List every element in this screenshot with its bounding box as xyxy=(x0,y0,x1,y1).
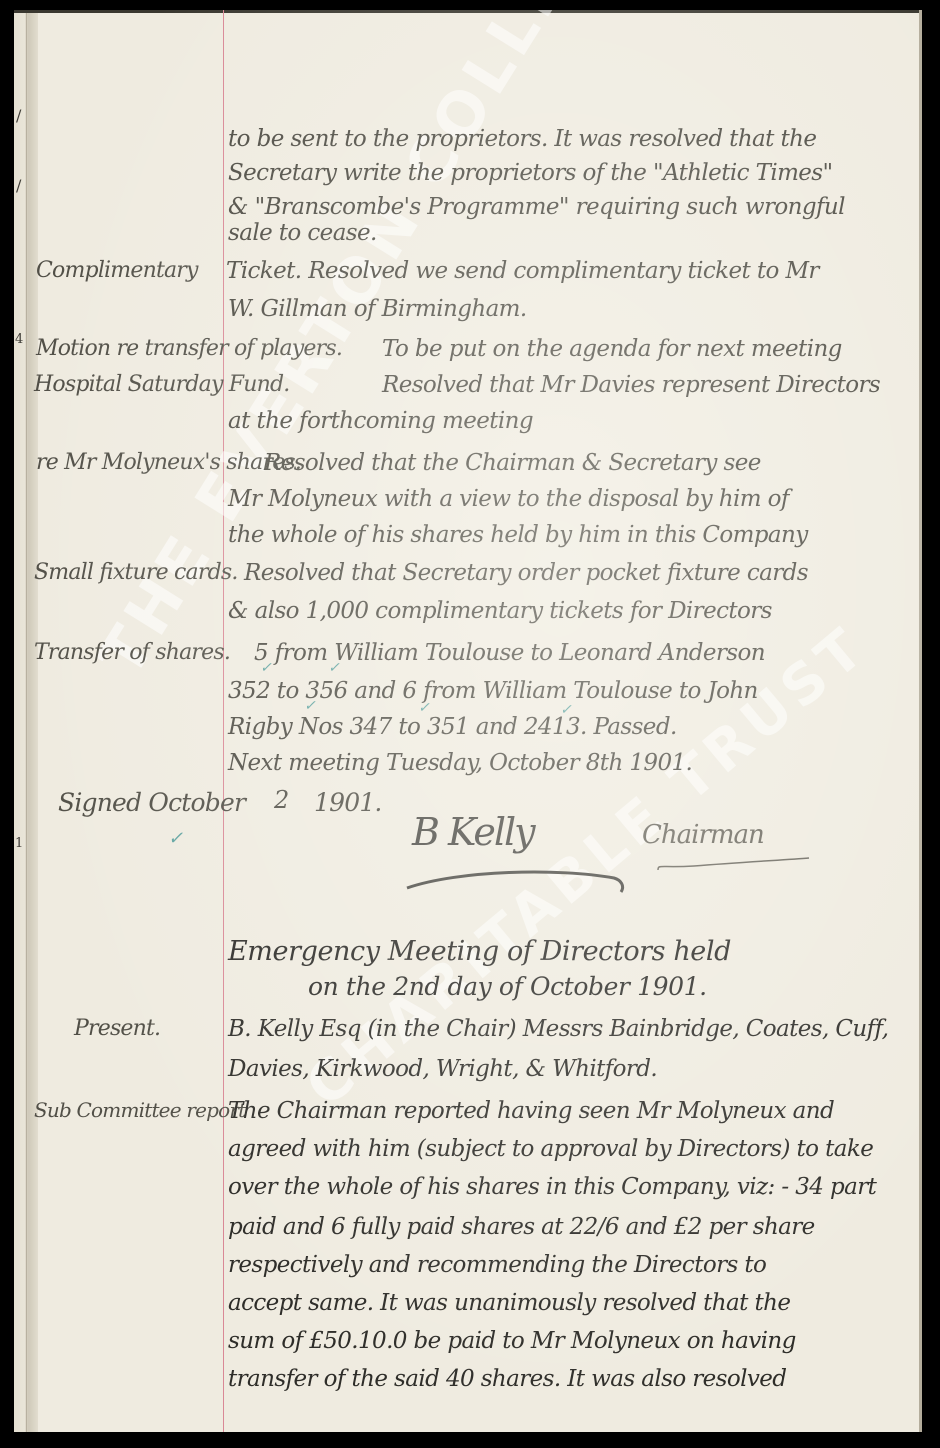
text-line: Resolved that Mr Davies represent Direct… xyxy=(382,372,880,398)
margin-label: Complimentary xyxy=(36,258,198,283)
text-line: Secretary write the proprietors of the "… xyxy=(228,160,833,186)
page-top-edge xyxy=(14,10,922,13)
check-mark-icon: ✓ xyxy=(418,700,430,716)
text-line: To be put on the agenda for next meeting xyxy=(382,336,842,362)
title-underline xyxy=(654,854,814,874)
text-line: Resolved that Secretary order pocket fix… xyxy=(244,560,808,586)
margin-label: Hospital Saturday Fund. xyxy=(34,372,289,397)
text-line: Rigby Nos 347 to 351 and 2413. Passed. xyxy=(228,714,677,740)
text-line: W. Gillman of Birmingham. xyxy=(228,296,527,322)
signed-day: 2 xyxy=(274,786,288,814)
text-line: the whole of his shares held by him in t… xyxy=(228,522,808,548)
text-line: at the forthcoming meeting xyxy=(228,408,533,434)
gutter-mark: 1 xyxy=(15,836,23,851)
text-line: & also 1,000 complimentary tickets for D… xyxy=(228,598,772,624)
margin-label: Small fixture cards. xyxy=(34,560,238,585)
text-line: Davies, Kirkwood, Wright, & Whitford. xyxy=(228,1056,657,1082)
chairman-signature: B Kelly xyxy=(412,810,534,854)
text-line: Resolved that the Chairman & Secretary s… xyxy=(264,450,761,476)
margin-label: Present. xyxy=(74,1016,160,1041)
check-mark-icon: ✓ xyxy=(304,698,316,714)
text-line: transfer of the said 40 shares. It was a… xyxy=(228,1366,786,1392)
gutter-edge-line xyxy=(26,10,27,1432)
meeting-date-heading: on the 2nd day of October 1901. xyxy=(308,972,707,1001)
signed-year: 1901. xyxy=(314,788,382,817)
text-line: sale to cease. xyxy=(228,220,377,246)
gutter-mark: / xyxy=(16,106,21,125)
signature-underline xyxy=(399,866,629,896)
gutter-mark: 4 xyxy=(15,332,23,347)
page-right-edge xyxy=(919,10,922,1432)
text-line: Next meeting Tuesday, October 8th 1901. xyxy=(228,750,692,776)
check-mark-icon: ✓ xyxy=(260,660,272,676)
gutter-mark: / xyxy=(16,176,21,195)
text-line: B. Kelly Esq (in the Chair) Messrs Bainb… xyxy=(228,1016,888,1042)
margin-label: Transfer of shares. xyxy=(34,640,230,665)
text-line: sum of £50.10.0 be paid to Mr Molyneux o… xyxy=(228,1328,796,1354)
text-line: respectively and recommending the Direct… xyxy=(228,1252,766,1278)
margin-label: Sub Committee report xyxy=(34,1098,245,1122)
text-line: Ticket. Resolved we send complimentary t… xyxy=(226,258,819,284)
check-mark-icon: ✓ xyxy=(560,702,572,718)
text-line: accept same. It was unanimously resolved… xyxy=(228,1290,790,1316)
text-line: Mr Molyneux with a view to the disposal … xyxy=(228,486,789,512)
check-mark-icon: ✓ xyxy=(328,660,340,676)
chairman-title: Chairman xyxy=(642,820,764,850)
check-mark-icon: ✓ xyxy=(168,828,183,849)
meeting-heading: Emergency Meeting of Directors held xyxy=(228,936,731,967)
signed-label: Signed October xyxy=(58,788,245,817)
red-margin-rule xyxy=(223,10,224,1432)
margin-label: re Mr Molyneux's shares. xyxy=(36,450,301,475)
text-line: The Chairman reported having seen Mr Mol… xyxy=(228,1098,834,1124)
text-line: & "Branscombe's Programme" requiring suc… xyxy=(228,194,845,220)
text-line: over the whole of his shares in this Com… xyxy=(228,1174,876,1200)
margin-label: Motion re transfer of players. xyxy=(36,336,342,361)
text-line: to be sent to the proprietors. It was re… xyxy=(228,126,816,152)
minute-book-page: / / 4 1 THE EVERTON COLLECTION CHARITABL… xyxy=(14,10,922,1432)
text-line: agreed with him (subject to approval by … xyxy=(228,1136,873,1162)
text-line: paid and 6 fully paid shares at 22/6 and… xyxy=(228,1214,815,1240)
